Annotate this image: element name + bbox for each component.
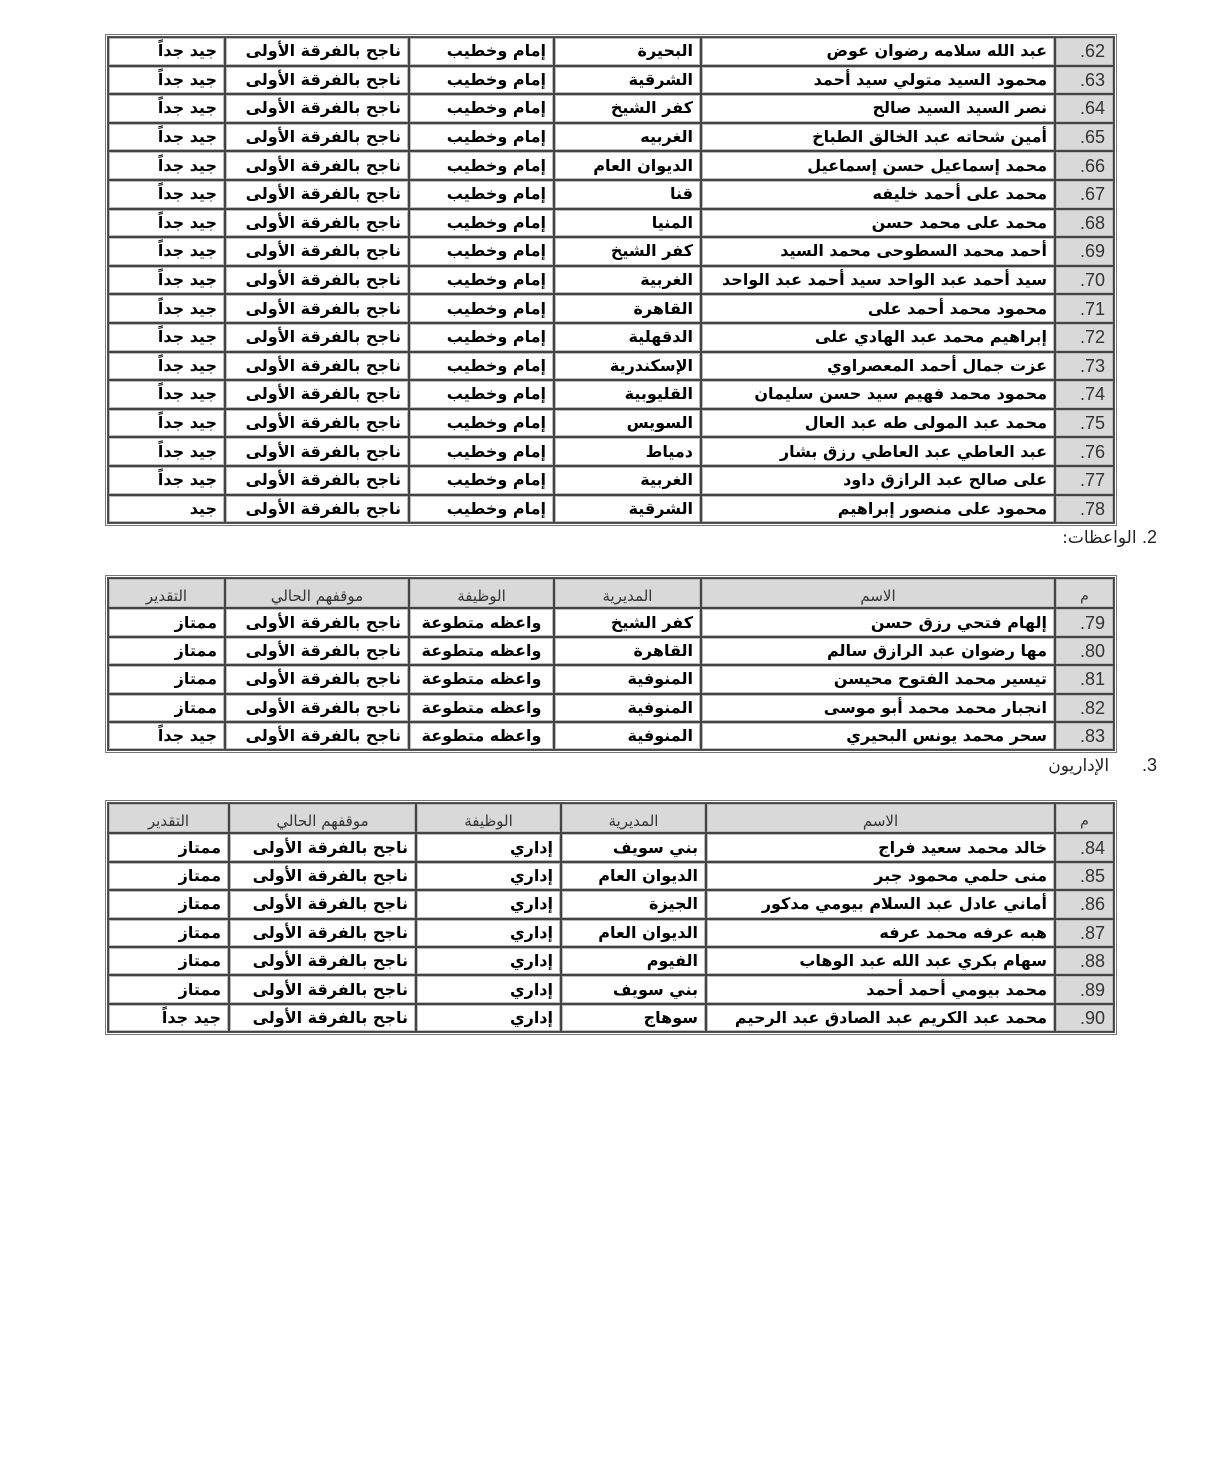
name-cell: أماني عادل عبد السلام بيومي مدكور [706, 890, 1055, 918]
job-cell: إمام وخطيب [409, 466, 554, 495]
name-cell: هبه عرفه محمد عرفه [706, 919, 1055, 947]
grade-cell: جيد جداً [108, 123, 225, 152]
table-row: .83سحر محمد يونس البحيريالمنوفيةواعظه مت… [108, 722, 1114, 750]
row-number-cell: .85 [1055, 862, 1114, 890]
directorate-cell: المنوفية [554, 694, 701, 722]
job-cell: إمام وخطيب [409, 151, 554, 180]
name-cell: محمود محمد أحمد على [701, 294, 1055, 323]
status-cell: ناجح بالفرقة الأولى [225, 466, 409, 495]
table-row: .64نصر السيد السيد صالحكفر الشيخإمام وخط… [108, 94, 1114, 123]
table-row: .90محمد عبد الكريم عبد الصادق عبد الرحيم… [108, 1004, 1114, 1032]
row-number-cell: .88 [1055, 947, 1114, 975]
row-number-cell: .64 [1055, 94, 1114, 123]
name-cell: تيسير محمد الفتوح محيسن [701, 665, 1055, 693]
row-number-cell: .69 [1055, 237, 1114, 266]
job-cell: إمام وخطيب [409, 380, 554, 409]
directorate-cell: المنيا [554, 209, 701, 238]
column-header-job: الوظيفة [416, 803, 561, 833]
job-cell: إداري [416, 890, 561, 918]
grade-cell: ممتاز [108, 833, 229, 861]
status-cell: ناجح بالفرقة الأولى [225, 266, 409, 295]
preachers-table-header: مالاسمالمديريةالوظيفةموقفهم الحاليالتقدي… [108, 578, 1114, 608]
directorate-cell: الفيوم [561, 947, 706, 975]
table-row: .89محمد بيومي أحمد أحمدبني سويفإداريناجح… [108, 975, 1114, 1003]
header-row: مالاسمالمديريةالوظيفةموقفهم الحاليالتقدي… [108, 578, 1114, 608]
grade-cell: ممتاز [108, 975, 229, 1003]
row-number-cell: .66 [1055, 151, 1114, 180]
name-cell: محمد إسماعيل حسن إسماعيل [701, 151, 1055, 180]
status-cell: ناجح بالفرقة الأولى [225, 665, 409, 693]
name-cell: عبد العاطي عبد العاطي رزق بشار [701, 437, 1055, 466]
grade-cell: ممتاز [108, 919, 229, 947]
job-cell: إداري [416, 833, 561, 861]
status-cell: ناجح بالفرقة الأولى [229, 975, 416, 1003]
imams-table-body: .62عبد الله سلامه رضوان عوضالبحيرةإمام و… [108, 37, 1114, 523]
name-cell: محمد على محمد حسن [701, 209, 1055, 238]
grade-cell: جيد جداً [108, 323, 225, 352]
grade-cell: جيد جداً [108, 237, 225, 266]
status-cell: ناجح بالفرقة الأولى [229, 890, 416, 918]
grade-cell: ممتاز [108, 637, 225, 665]
table-row: .78محمود على منصور إبراهيمالشرقيةإمام وخ… [108, 495, 1114, 524]
directorate-cell: سوهاج [561, 1004, 706, 1032]
status-cell: ناجح بالفرقة الأولى [225, 123, 409, 152]
table-row: .63محمود السيد متولي سيد أحمدالشرقيةإمام… [108, 66, 1114, 95]
directorate-cell: المنوفية [554, 665, 701, 693]
grade-cell: جيد جداً [108, 294, 225, 323]
status-cell: ناجح بالفرقة الأولى [225, 637, 409, 665]
grade-cell: جيد جداً [108, 266, 225, 295]
grade-cell: ممتاز [108, 665, 225, 693]
job-cell: إداري [416, 975, 561, 1003]
column-header-job: الوظيفة [409, 578, 554, 608]
name-cell: محمد عبد الكريم عبد الصادق عبد الرحيم [706, 1004, 1055, 1032]
row-number-cell: .73 [1055, 352, 1114, 381]
name-cell: محمد بيومي أحمد أحمد [706, 975, 1055, 1003]
job-cell: إمام وخطيب [409, 323, 554, 352]
grade-cell: جيد جداً [108, 409, 225, 438]
status-cell: ناجح بالفرقة الأولى [229, 947, 416, 975]
status-cell: ناجح بالفرقة الأولى [225, 323, 409, 352]
job-cell: واعظه متطوعة [409, 637, 554, 665]
row-number-cell: .79 [1055, 608, 1114, 636]
administrators-table-header: مالاسمالمديريةالوظيفةموقفهم الحاليالتقدي… [108, 803, 1114, 833]
directorate-cell: الغربية [554, 466, 701, 495]
grade-cell: جيد جداً [108, 66, 225, 95]
row-number-cell: .65 [1055, 123, 1114, 152]
job-cell: إمام وخطيب [409, 409, 554, 438]
status-cell: ناجح بالفرقة الأولى [225, 495, 409, 524]
administrators-table: مالاسمالمديريةالوظيفةموقفهم الحاليالتقدي… [107, 802, 1115, 1033]
row-number-cell: .87 [1055, 919, 1114, 947]
job-cell: واعظه متطوعة [409, 608, 554, 636]
grade-cell: جيد جداً [108, 151, 225, 180]
section-title-preachers: 2. الواعظات: [1062, 527, 1157, 548]
directorate-cell: القليوبية [554, 380, 701, 409]
job-cell: إمام وخطيب [409, 352, 554, 381]
row-number-cell: .67 [1055, 180, 1114, 209]
row-number-cell: .82 [1055, 694, 1114, 722]
section-number: 3. [1142, 755, 1157, 775]
directorate-cell: كفر الشيخ [554, 237, 701, 266]
directorate-cell: كفر الشيخ [554, 608, 701, 636]
section-title-administrators: 3. الإداريون [1048, 755, 1157, 776]
table-row: .68محمد على محمد حسنالمنياإمام وخطيبناجح… [108, 209, 1114, 238]
section-label: الإداريون [1048, 756, 1109, 776]
status-cell: ناجح بالفرقة الأولى [225, 180, 409, 209]
grade-cell: جيد جداً [108, 209, 225, 238]
job-cell: واعظه متطوعة [409, 694, 554, 722]
grade-cell: جيد جداً [108, 94, 225, 123]
table-row: .86أماني عادل عبد السلام بيومي مدكورالجي… [108, 890, 1114, 918]
job-cell: إمام وخطيب [409, 37, 554, 66]
preachers-table: مالاسمالمديريةالوظيفةموقفهم الحاليالتقدي… [107, 577, 1115, 751]
table-row: .79إلهام فتحي رزق حسنكفر الشيخواعظه متطو… [108, 608, 1114, 636]
table-row: .65أمين شحاته عبد الخالق الطباخالغربيهإم… [108, 123, 1114, 152]
status-cell: ناجح بالفرقة الأولى [225, 409, 409, 438]
row-number-cell: .76 [1055, 437, 1114, 466]
grade-cell: جيد جداً [108, 352, 225, 381]
column-header-name: الاسم [701, 578, 1055, 608]
status-cell: ناجح بالفرقة الأولى [225, 66, 409, 95]
directorate-cell: بني سويف [561, 833, 706, 861]
directorate-cell: دمياط [554, 437, 701, 466]
name-cell: سهام بكري عبد الله عبد الوهاب [706, 947, 1055, 975]
name-cell: محمد عبد المولى طه عبد العال [701, 409, 1055, 438]
table-row: .80مها رضوان عبد الرازق سالمالقاهرةواعظه… [108, 637, 1114, 665]
row-number-cell: .74 [1055, 380, 1114, 409]
status-cell: ناجح بالفرقة الأولى [225, 294, 409, 323]
column-header-directorate: المديرية [554, 578, 701, 608]
table-row: .75محمد عبد المولى طه عبد العالالسويسإما… [108, 409, 1114, 438]
row-number-cell: .81 [1055, 665, 1114, 693]
directorate-cell: المنوفية [554, 722, 701, 750]
job-cell: إمام وخطيب [409, 94, 554, 123]
row-number-cell: .90 [1055, 1004, 1114, 1032]
status-cell: ناجح بالفرقة الأولى [225, 237, 409, 266]
name-cell: عزت جمال أحمد المعصراوي [701, 352, 1055, 381]
name-cell: مها رضوان عبد الرازق سالم [701, 637, 1055, 665]
name-cell: محمد على أحمد خليفه [701, 180, 1055, 209]
table-row: .76عبد العاطي عبد العاطي رزق بشاردمياطإم… [108, 437, 1114, 466]
status-cell: ناجح بالفرقة الأولى [229, 1004, 416, 1032]
section-number: 2. [1142, 527, 1157, 547]
job-cell: إداري [416, 919, 561, 947]
status-cell: ناجح بالفرقة الأولى [225, 437, 409, 466]
directorate-cell: القاهرة [554, 637, 701, 665]
table-row: .84خالد محمد سعيد فراجبني سويفإداريناجح … [108, 833, 1114, 861]
name-cell: محمود على منصور إبراهيم [701, 495, 1055, 524]
job-cell: واعظه متطوعة [409, 722, 554, 750]
name-cell: أمين شحاته عبد الخالق الطباخ [701, 123, 1055, 152]
table-row: .67محمد على أحمد خليفهقناإمام وخطيبناجح … [108, 180, 1114, 209]
status-cell: ناجح بالفرقة الأولى [229, 919, 416, 947]
job-cell: إمام وخطيب [409, 495, 554, 524]
row-number-cell: .71 [1055, 294, 1114, 323]
row-number-cell: .89 [1055, 975, 1114, 1003]
grade-cell: جيد جداً [108, 437, 225, 466]
name-cell: سيد أحمد عبد الواحد سيد أحمد عبد الواحد [701, 266, 1055, 295]
table-row: .72إبراهيم محمد عبد الهادي علىالدقهليةإم… [108, 323, 1114, 352]
grade-cell: جيد [108, 495, 225, 524]
directorate-cell: السويس [554, 409, 701, 438]
column-header-directorate: المديرية [561, 803, 706, 833]
name-cell: إلهام فتحي رزق حسن [701, 608, 1055, 636]
table-row: .66محمد إسماعيل حسن إسماعيلالديوان العام… [108, 151, 1114, 180]
table-row: .82انجبار محمد محمد أبو موسىالمنوفيةواعظ… [108, 694, 1114, 722]
administrators-table-body: .84خالد محمد سعيد فراجبني سويفإداريناجح … [108, 833, 1114, 1032]
row-number-cell: .78 [1055, 495, 1114, 524]
table-row: .71محمود محمد أحمد علىالقاهرةإمام وخطيبن… [108, 294, 1114, 323]
table-row: .69أحمد محمد السطوحى محمد السيدكفر الشيخ… [108, 237, 1114, 266]
directorate-cell: القاهرة [554, 294, 701, 323]
job-cell: إداري [416, 862, 561, 890]
row-number-cell: .72 [1055, 323, 1114, 352]
directorate-cell: الديوان العام [561, 919, 706, 947]
directorate-cell: الغربيه [554, 123, 701, 152]
status-cell: ناجح بالفرقة الأولى [225, 94, 409, 123]
column-header-num: م [1055, 578, 1114, 608]
status-cell: ناجح بالفرقة الأولى [225, 722, 409, 750]
directorate-cell: الديوان العام [554, 151, 701, 180]
header-row: مالاسمالمديريةالوظيفةموقفهم الحاليالتقدي… [108, 803, 1114, 833]
status-cell: ناجح بالفرقة الأولى [225, 380, 409, 409]
name-cell: منى حلمي محمود جبر [706, 862, 1055, 890]
column-header-status: موقفهم الحالي [229, 803, 416, 833]
directorate-cell: البحيرة [554, 37, 701, 66]
row-number-cell: .77 [1055, 466, 1114, 495]
table-row: .70سيد أحمد عبد الواحد سيد أحمد عبد الوا… [108, 266, 1114, 295]
status-cell: ناجح بالفرقة الأولى [225, 694, 409, 722]
name-cell: محمود محمد فهيم سيد حسن سليمان [701, 380, 1055, 409]
status-cell: ناجح بالفرقة الأولى [229, 862, 416, 890]
table-row: .74محمود محمد فهيم سيد حسن سليمانالقليوب… [108, 380, 1114, 409]
job-cell: إمام وخطيب [409, 237, 554, 266]
grade-cell: جيد جداً [108, 466, 225, 495]
column-header-grade: التقدير [108, 803, 229, 833]
grade-cell: ممتاز [108, 947, 229, 975]
job-cell: إمام وخطيب [409, 437, 554, 466]
job-cell: إمام وخطيب [409, 123, 554, 152]
column-header-name: الاسم [706, 803, 1055, 833]
job-cell: إمام وخطيب [409, 294, 554, 323]
column-header-num: م [1055, 803, 1114, 833]
row-number-cell: .68 [1055, 209, 1114, 238]
status-cell: ناجح بالفرقة الأولى [225, 151, 409, 180]
table-row: .88سهام بكري عبد الله عبد الوهابالفيومإد… [108, 947, 1114, 975]
row-number-cell: .62 [1055, 37, 1114, 66]
job-cell: إمام وخطيب [409, 209, 554, 238]
grade-cell: جيد جداً [108, 180, 225, 209]
job-cell: إمام وخطيب [409, 180, 554, 209]
row-number-cell: .63 [1055, 66, 1114, 95]
name-cell: أحمد محمد السطوحى محمد السيد [701, 237, 1055, 266]
column-header-status: موقفهم الحالي [225, 578, 409, 608]
name-cell: انجبار محمد محمد أبو موسى [701, 694, 1055, 722]
grade-cell: ممتاز [108, 890, 229, 918]
name-cell: عبد الله سلامه رضوان عوض [701, 37, 1055, 66]
name-cell: نصر السيد السيد صالح [701, 94, 1055, 123]
grade-cell: ممتاز [108, 694, 225, 722]
status-cell: ناجح بالفرقة الأولى [225, 608, 409, 636]
grade-cell: جيد جداً [108, 1004, 229, 1032]
column-header-grade: التقدير [108, 578, 225, 608]
name-cell: خالد محمد سعيد فراج [706, 833, 1055, 861]
name-cell: محمود السيد متولي سيد أحمد [701, 66, 1055, 95]
status-cell: ناجح بالفرقة الأولى [225, 37, 409, 66]
table-row: .85منى حلمي محمود جبرالديوان العامإدارين… [108, 862, 1114, 890]
directorate-cell: قنا [554, 180, 701, 209]
directorate-cell: الجيزة [561, 890, 706, 918]
directorate-cell: الشرقية [554, 66, 701, 95]
directorate-cell: الغربية [554, 266, 701, 295]
table-row: .77على صالح عبد الرازق داودالغربيةإمام و… [108, 466, 1114, 495]
grade-cell: جيد جداً [108, 722, 225, 750]
section-label: الواعظات: [1062, 528, 1136, 548]
table-row: .73عزت جمال أحمد المعصراويالإسكندريةإمام… [108, 352, 1114, 381]
status-cell: ناجح بالفرقة الأولى [229, 833, 416, 861]
directorate-cell: كفر الشيخ [554, 94, 701, 123]
name-cell: على صالح عبد الرازق داود [701, 466, 1055, 495]
preachers-table-body: .79إلهام فتحي رزق حسنكفر الشيخواعظه متطو… [108, 608, 1114, 750]
job-cell: إمام وخطيب [409, 66, 554, 95]
directorate-cell: الديوان العام [561, 862, 706, 890]
table-row: .62عبد الله سلامه رضوان عوضالبحيرةإمام و… [108, 37, 1114, 66]
grade-cell: جيد جداً [108, 380, 225, 409]
row-number-cell: .83 [1055, 722, 1114, 750]
grade-cell: ممتاز [108, 608, 225, 636]
job-cell: إداري [416, 947, 561, 975]
job-cell: واعظه متطوعة [409, 665, 554, 693]
imams-table: .62عبد الله سلامه رضوان عوضالبحيرةإمام و… [107, 36, 1115, 524]
directorate-cell: الدقهلية [554, 323, 701, 352]
row-number-cell: .80 [1055, 637, 1114, 665]
name-cell: إبراهيم محمد عبد الهادي على [701, 323, 1055, 352]
table-row: .87هبه عرفه محمد عرفهالديوان العامإدارين… [108, 919, 1114, 947]
row-number-cell: .70 [1055, 266, 1114, 295]
table-row: .81تيسير محمد الفتوح محيسنالمنوفيةواعظه … [108, 665, 1114, 693]
directorate-cell: الشرقية [554, 495, 701, 524]
directorate-cell: بني سويف [561, 975, 706, 1003]
row-number-cell: .84 [1055, 833, 1114, 861]
grade-cell: جيد جداً [108, 37, 225, 66]
directorate-cell: الإسكندرية [554, 352, 701, 381]
status-cell: ناجح بالفرقة الأولى [225, 209, 409, 238]
status-cell: ناجح بالفرقة الأولى [225, 352, 409, 381]
grade-cell: ممتاز [108, 862, 229, 890]
job-cell: إمام وخطيب [409, 266, 554, 295]
job-cell: إداري [416, 1004, 561, 1032]
name-cell: سحر محمد يونس البحيري [701, 722, 1055, 750]
row-number-cell: .75 [1055, 409, 1114, 438]
row-number-cell: .86 [1055, 890, 1114, 918]
